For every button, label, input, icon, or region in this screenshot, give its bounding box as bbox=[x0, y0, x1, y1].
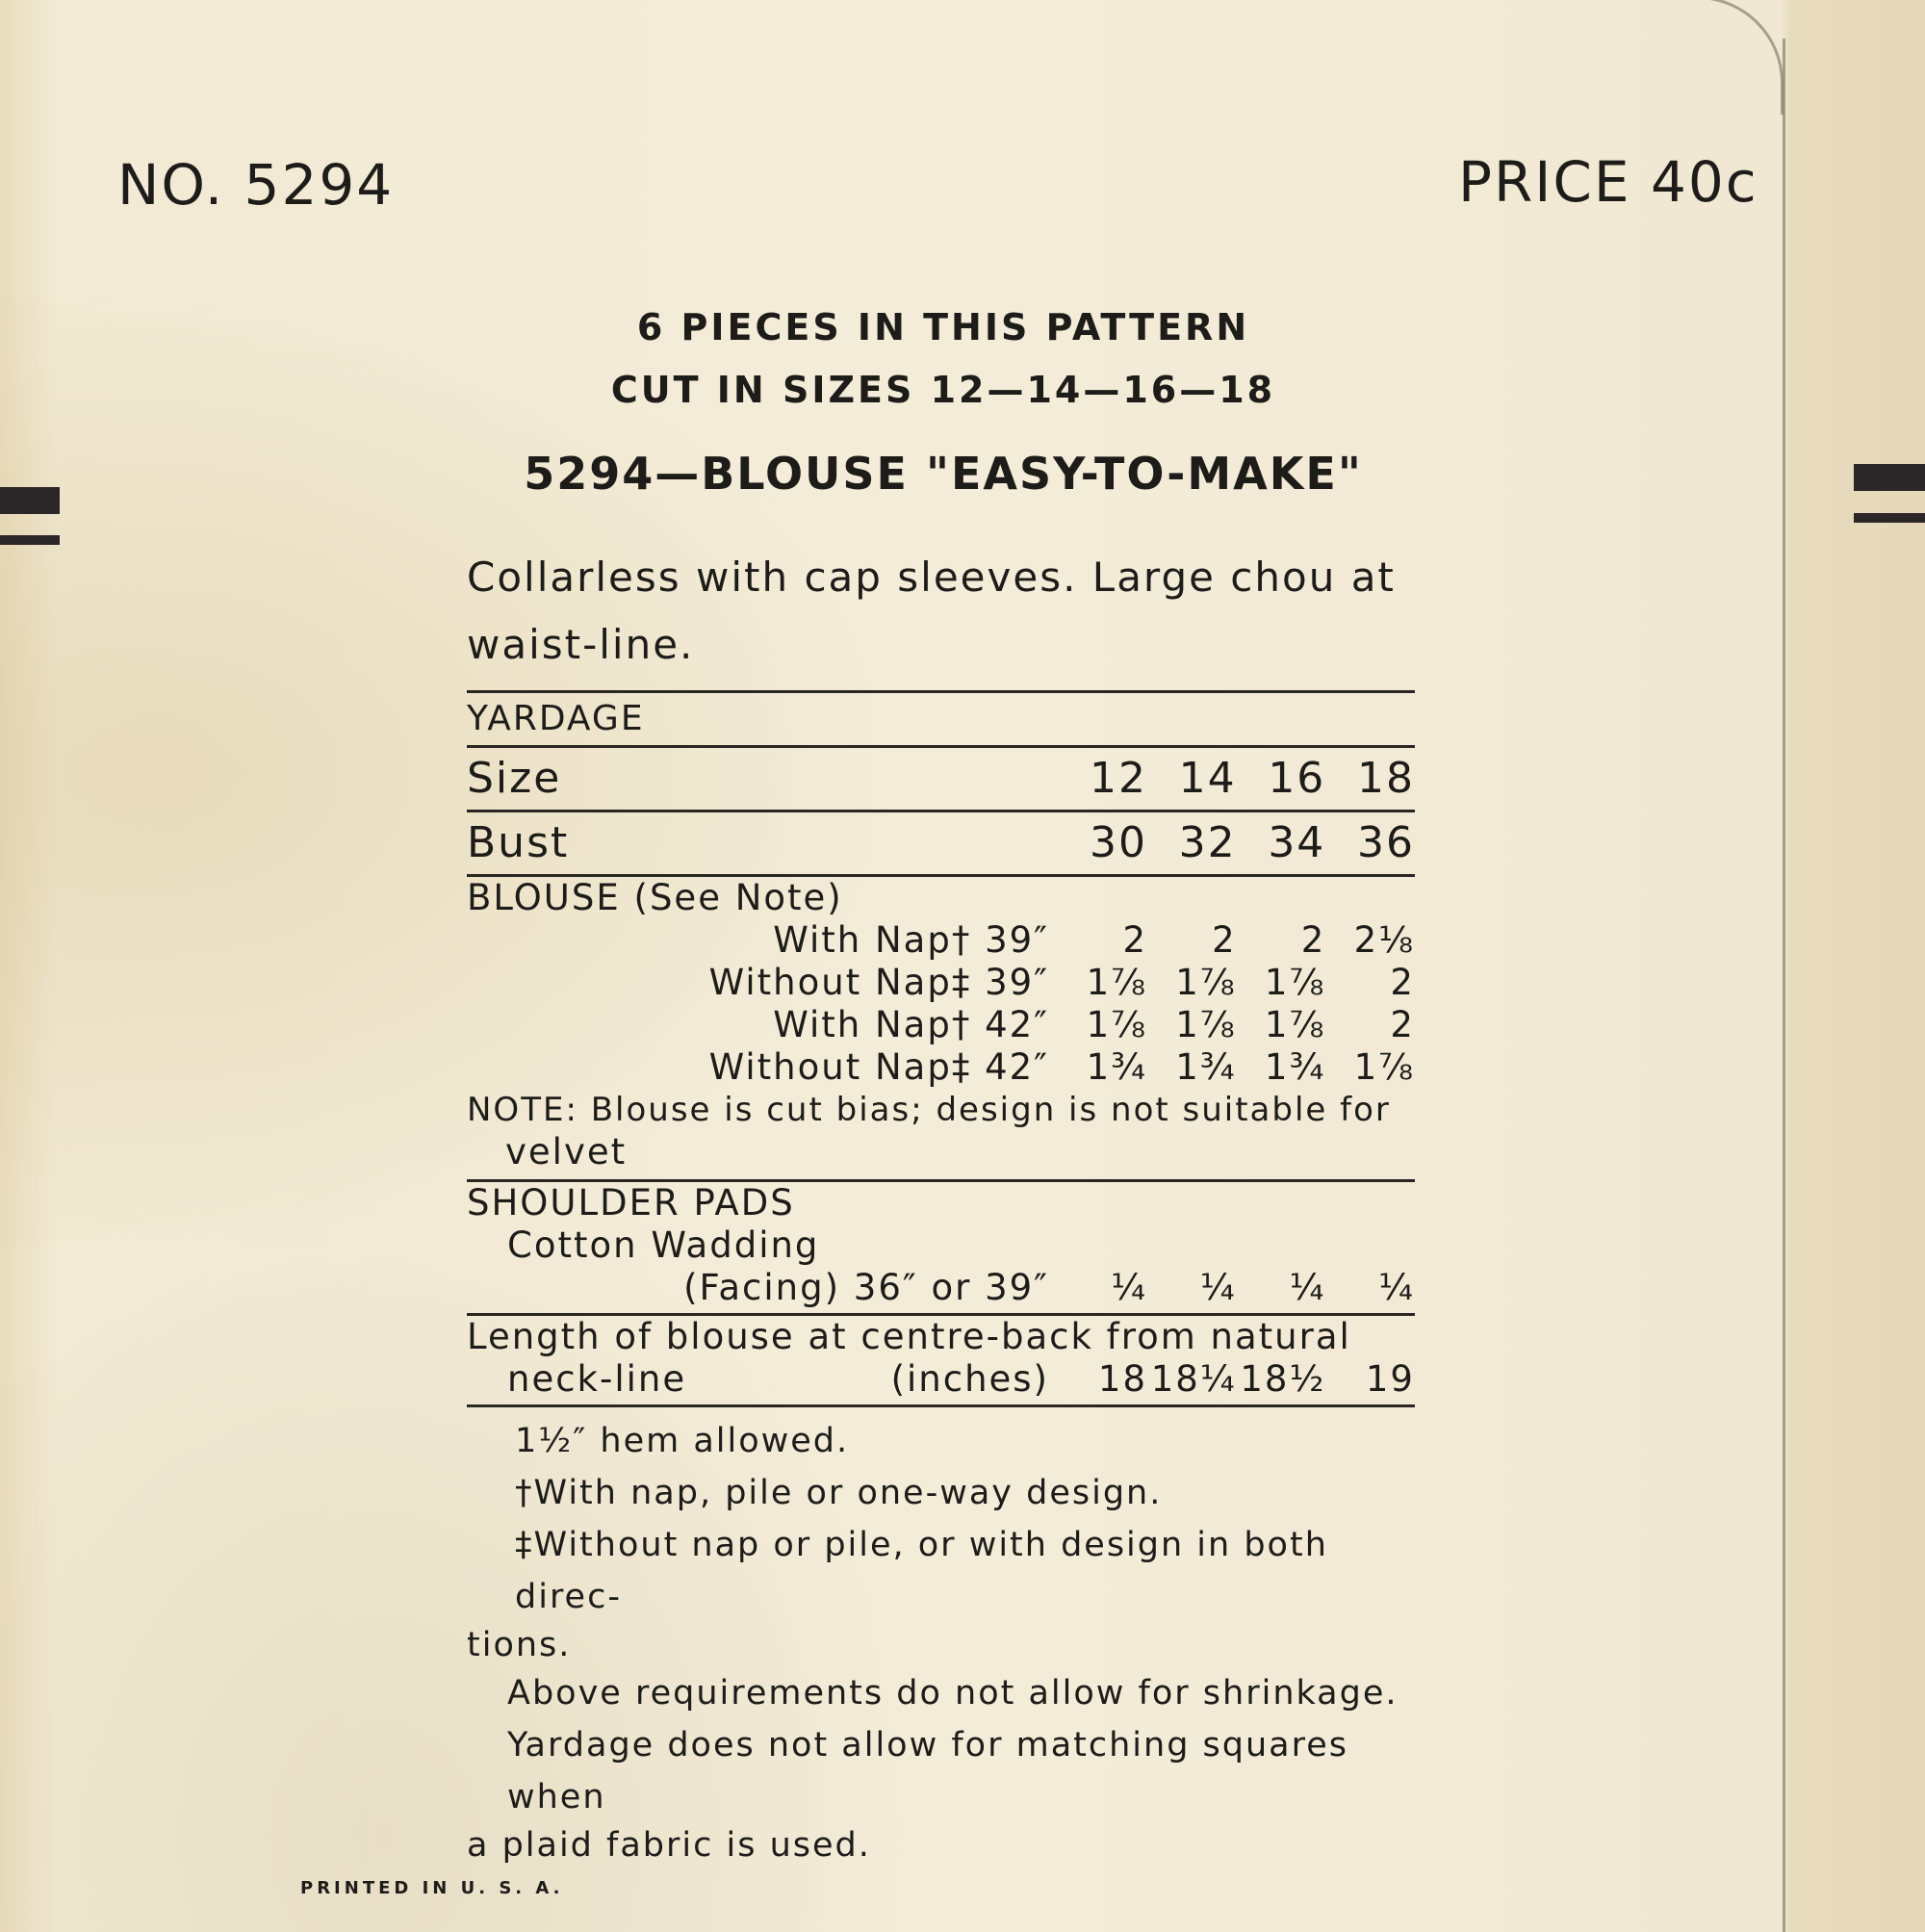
sizes-cut: CUT IN SIZES 12—14—16—18 bbox=[0, 369, 1886, 411]
fabric-label: Without Nap‡ 39″ bbox=[467, 962, 1059, 1004]
length-value: 19 bbox=[1326, 1358, 1415, 1401]
yardage-value: 1⅞ bbox=[1237, 962, 1325, 1004]
length-value: 18¼ bbox=[1148, 1358, 1237, 1401]
yardage-value: 1⅞ bbox=[1059, 962, 1147, 1004]
divider bbox=[467, 1404, 1415, 1407]
shoulder-pads-heading: SHOULDER PADS bbox=[467, 1182, 1415, 1224]
footnote: a plaid fabric is used. bbox=[467, 1823, 1415, 1868]
length-value: 18 bbox=[1059, 1358, 1147, 1401]
footnote: tions. bbox=[467, 1623, 1415, 1667]
pieces-count: 6 PIECES IN THIS PATTERN bbox=[0, 306, 1886, 348]
size-value: 12 bbox=[1059, 748, 1147, 810]
note-continued: velvet bbox=[467, 1131, 1415, 1173]
description: Collarless with cap sleeves. Large chou … bbox=[467, 544, 1415, 679]
pattern-details: Collarless with cap sleeves. Large chou … bbox=[467, 544, 1415, 1868]
yardage-value: 1¾ bbox=[1148, 1046, 1237, 1089]
size-row: Size 12 14 16 18 bbox=[467, 748, 1415, 810]
facing-label: (Facing) 36″ or 39″ bbox=[467, 1267, 1059, 1309]
yardage-value: 2 bbox=[1326, 962, 1415, 1004]
yardage-value: 2 bbox=[1237, 919, 1325, 962]
yardage-value: 2⅛ bbox=[1326, 919, 1415, 962]
size-value: 14 bbox=[1148, 748, 1237, 810]
yardage-value: 2 bbox=[1326, 1004, 1415, 1046]
yardage-row: Without Nap‡ 42″ 1¾ 1¾ 1¾ 1⅞ bbox=[467, 1046, 1415, 1089]
footnote: Above requirements do not allow for shri… bbox=[467, 1667, 1415, 1719]
registration-mark-right-thin bbox=[1854, 513, 1925, 523]
yardage-value: 1¾ bbox=[1059, 1046, 1147, 1089]
length-unit: (inches) bbox=[863, 1358, 1059, 1401]
yardage-value: 1⅞ bbox=[1059, 1004, 1147, 1046]
facing-row: (Facing) 36″ or 39″ ¼ ¼ ¼ ¼ bbox=[467, 1267, 1415, 1309]
size-value: 16 bbox=[1237, 748, 1325, 810]
pattern-title: 5294—BLOUSE "EASY-TO-MAKE" bbox=[0, 448, 1886, 500]
fabric-label: Without Nap‡ 42″ bbox=[467, 1046, 1059, 1089]
footnote: ‡Without nap or pile, or with design in … bbox=[467, 1519, 1415, 1623]
length-label-continued: neck-line bbox=[467, 1358, 863, 1401]
yardage-value: 1⅞ bbox=[1237, 1004, 1325, 1046]
footnote: 1½″ hem allowed. bbox=[467, 1415, 1415, 1467]
pattern-number: NO. 5294 bbox=[117, 152, 394, 218]
bust-value: 36 bbox=[1326, 812, 1415, 874]
length-label: Length of blouse at centre-back from nat… bbox=[467, 1316, 1415, 1358]
footnote: Yardage does not allow for matching squa… bbox=[467, 1719, 1415, 1823]
fabric-label: With Nap† 42″ bbox=[467, 1004, 1059, 1046]
yardage-value: 1⅞ bbox=[1148, 962, 1237, 1004]
footnotes: 1½″ hem allowed. †With nap, pile or one-… bbox=[467, 1415, 1415, 1868]
yardage-row: With Nap† 39″ 2 2 2 2⅛ bbox=[467, 919, 1415, 962]
yardage-value: 2 bbox=[1148, 919, 1237, 962]
bust-label: Bust bbox=[467, 812, 1059, 874]
registration-mark-left-thin bbox=[0, 535, 60, 545]
yardage-value: 1⅞ bbox=[1148, 1004, 1237, 1046]
facing-value: ¼ bbox=[1059, 1267, 1147, 1309]
facing-value: ¼ bbox=[1237, 1267, 1325, 1309]
size-value: 18 bbox=[1326, 748, 1415, 810]
yardage-row: Without Nap‡ 39″ 1⅞ 1⅞ 1⅞ 2 bbox=[467, 962, 1415, 1004]
blouse-heading: BLOUSE (See Note) bbox=[467, 877, 1415, 919]
yardage-value: 2 bbox=[1059, 919, 1147, 962]
yardage-heading: YARDAGE bbox=[467, 693, 1415, 745]
facing-value: ¼ bbox=[1326, 1267, 1415, 1309]
fabric-label: With Nap† 39″ bbox=[467, 919, 1059, 962]
bust-value: 30 bbox=[1059, 812, 1147, 874]
note: NOTE: Blouse is cut bias; design is not … bbox=[467, 1089, 1415, 1131]
yardage-value: 1¾ bbox=[1237, 1046, 1325, 1089]
facing-value: ¼ bbox=[1148, 1267, 1237, 1309]
length-value: 18½ bbox=[1237, 1358, 1325, 1401]
footnote: †With nap, pile or one-way design. bbox=[467, 1467, 1415, 1519]
yardage-row: With Nap† 42″ 1⅞ 1⅞ 1⅞ 2 bbox=[467, 1004, 1415, 1046]
price: PRICE 40c bbox=[1458, 149, 1758, 215]
printed-in-usa: PRINTED IN U. S. A. bbox=[300, 1878, 564, 1898]
length-row: neck-line (inches) 18 18¼ 18½ 19 bbox=[467, 1358, 1415, 1401]
size-label: Size bbox=[467, 748, 1059, 810]
bust-value: 34 bbox=[1237, 812, 1325, 874]
cotton-wadding-label: Cotton Wadding bbox=[467, 1224, 1415, 1267]
bust-row: Bust 30 32 34 36 bbox=[467, 812, 1415, 874]
yardage-value: 1⅞ bbox=[1326, 1046, 1415, 1089]
bust-value: 32 bbox=[1148, 812, 1237, 874]
